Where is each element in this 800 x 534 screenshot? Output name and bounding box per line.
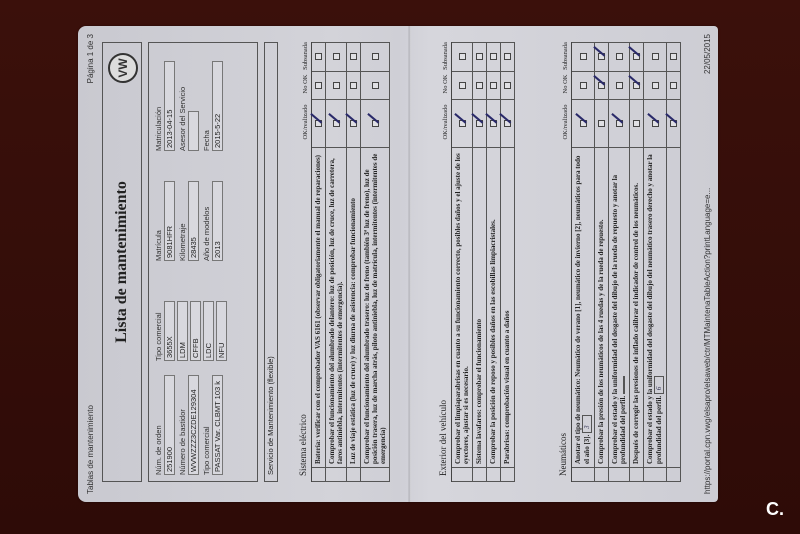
not-ok-cell [312, 71, 325, 99]
check-mark-icon [628, 75, 640, 85]
ok-cell [501, 99, 514, 147]
check-mark-icon [485, 113, 497, 123]
code-cffb: CFFB [190, 301, 201, 361]
page-number: Página 1 de 3 [86, 34, 95, 83]
checkbox[interactable] [616, 54, 623, 61]
table-row: Después de corregir las presiones de inf… [630, 42, 644, 482]
task-description: Comprobar la posición de reposo y posibl… [487, 147, 500, 467]
task-text: Luz de viaje estática (luz de cruce) y l… [349, 198, 357, 464]
info-col-4: Matriculación 2013-04-15 Asesor del Serv… [153, 61, 225, 151]
checkbox[interactable] [315, 120, 322, 127]
checkbox[interactable] [580, 82, 587, 89]
checkbox[interactable] [490, 120, 497, 127]
code-nfu: NFU [216, 301, 227, 361]
task-description: Luz de viaje estática (luz de cruce) y l… [347, 147, 360, 467]
check-mark-icon [593, 75, 605, 85]
not-ok-cell [326, 71, 346, 99]
check-mark-icon [611, 113, 623, 123]
task-text: Después de corregir las presiones de inf… [632, 183, 640, 464]
table-row: Comprobar la presión de los neumáticos d… [595, 42, 609, 482]
mileage-label: Kilometraje [177, 181, 188, 261]
task-text: Batería: verificar con el comprobador VA… [314, 155, 322, 464]
checkbox[interactable] [350, 120, 357, 127]
checkbox[interactable] [670, 54, 677, 61]
col-fixed-header: Subsanada [442, 42, 451, 70]
fixed-cell [487, 43, 500, 71]
table-row: Comprobar el funcionamiento del alumbrad… [361, 42, 390, 482]
table-row: Comprobar la posición de reposo y posibl… [487, 42, 501, 482]
order-number-label: Núm. de orden [153, 375, 164, 475]
section-electrical: Sistema eléctricoOK/realizadoNo OKSubsan… [284, 42, 390, 482]
task-description: Comprobar el estado y la uniformidad del… [644, 147, 666, 467]
vehicle-info-box: Núm. de orden 251900 Número de bastidor … [148, 42, 258, 482]
ok-cell [326, 99, 346, 147]
ok-cell [473, 99, 486, 147]
checkbox[interactable] [490, 54, 497, 61]
section-title: Neumáticos [558, 146, 571, 482]
fixed-cell [312, 43, 325, 71]
fixed-cell [452, 43, 472, 71]
fixed-cell [630, 43, 643, 71]
not-ok-cell [644, 71, 666, 99]
checkbox[interactable] [633, 82, 640, 89]
checkbox[interactable] [315, 82, 322, 89]
checkbox[interactable] [580, 120, 587, 127]
vin-value: WVWZZZ3CZDE129304 [188, 375, 199, 475]
checkbox[interactable] [490, 82, 497, 89]
fixed-cell [644, 43, 666, 71]
ok-cell [487, 99, 500, 147]
task-description: Parabrisas: comprobación visual en cuant… [501, 147, 514, 467]
row-number-cell [501, 467, 514, 481]
registration-label: Matriculación [153, 61, 164, 151]
footer-url: https://portal.cpn.vwg/elsapro/elsaweb/c… [703, 188, 712, 494]
task-text: Comprobar el funcionamiento del alumbrad… [328, 158, 344, 464]
checkbox[interactable] [616, 82, 623, 89]
table-row: Anotar el tipo de neumático: Neumático d… [572, 42, 595, 482]
table-row: Luz de viaje estática (luz de cruce) y l… [347, 42, 361, 482]
code-ldm: LDM [177, 301, 188, 361]
section-header: Exterior del vehículoOK/realizadoNo OKSu… [424, 42, 452, 482]
entry-field[interactable] [623, 376, 625, 394]
service-type: Servicio de Mantenimiento (flexible) [264, 42, 278, 482]
row-number-cell [347, 467, 360, 481]
col-ok-header: OK/realizado [442, 98, 451, 146]
checkbox[interactable] [459, 54, 466, 61]
header-left: Tablas de mantenimiento [86, 405, 95, 494]
task-description [667, 147, 680, 467]
model-value: PASSAT Var. CLBMT 103 k [212, 375, 223, 475]
task-description: Sistema lavafaros: comprobar el funciona… [473, 147, 486, 467]
check-mark-icon [454, 113, 466, 123]
code-ldc: LDC [203, 301, 214, 361]
fixed-cell [326, 43, 346, 71]
checkbox[interactable] [598, 54, 605, 61]
check-mark-icon [499, 113, 511, 123]
date-label: Fecha [201, 61, 212, 151]
model-year-label: Año de modelos [201, 181, 212, 261]
commercial-type-label: Tipo comercial [153, 301, 164, 361]
col-fixed-header: Subsanada [302, 42, 311, 70]
ok-cell [644, 99, 666, 147]
entry-field[interactable]: 6 [654, 376, 664, 394]
checkbox[interactable] [315, 54, 322, 61]
checkbox[interactable] [350, 54, 357, 61]
ok-cell [361, 99, 389, 147]
date-value: 2015-5-22 [212, 61, 223, 151]
checkbox[interactable] [350, 82, 357, 89]
col-not-ok-header: No OK [302, 70, 311, 98]
section-title: Sistema eléctrico [298, 146, 311, 482]
mileage-value: 28435 [188, 181, 199, 261]
fixed-cell [609, 43, 629, 71]
col-ok-header: OK/realizado [302, 98, 311, 146]
check-mark-icon [665, 113, 677, 123]
checkbox[interactable] [459, 82, 466, 89]
col-ok-header: OK/realizado [562, 98, 571, 146]
row-number-cell [630, 467, 643, 481]
task-description: Anotar el tipo de neumático: Neumático d… [572, 147, 594, 467]
order-number-value: 251900 [164, 375, 175, 475]
row-number-cell [572, 467, 594, 481]
col-not-ok-header: No OK [562, 70, 571, 98]
check-mark-icon [345, 113, 357, 123]
checkbox[interactable] [670, 82, 677, 89]
plate-label: Matrícula [153, 181, 164, 261]
task-text: Comprobar la posición de reposo y posibl… [489, 219, 497, 464]
col-fixed-header: Subsanada [562, 42, 571, 70]
task-text: Comprobar el limpiaparabrisas en cuanto … [454, 153, 470, 464]
vin-label: Número de bastidor [177, 375, 188, 475]
ok-cell [452, 99, 472, 147]
not-ok-cell [487, 71, 500, 99]
row-number-cell [326, 467, 346, 481]
fixed-cell [361, 43, 389, 71]
task-description: Comprobar el estado y la uniformidad del… [609, 147, 629, 467]
row-number-cell [361, 467, 389, 481]
task-description: Batería: verificar con el comprobador VA… [312, 147, 325, 467]
checkbox[interactable] [598, 120, 605, 127]
table-row [667, 42, 681, 482]
not-ok-cell [452, 71, 472, 99]
checkbox[interactable] [652, 54, 659, 61]
checkbox[interactable] [633, 54, 640, 61]
task-text: Parabrisas: comprobación visual en cuant… [503, 311, 511, 465]
checkbox[interactable] [633, 120, 640, 127]
table-row: Comprobar el estado y la uniformidad del… [644, 42, 667, 482]
checkbox[interactable] [476, 54, 483, 61]
checkbox[interactable] [504, 120, 511, 127]
ok-cell [667, 99, 680, 147]
table-row: Sistema lavafaros: comprobar el funciona… [473, 42, 487, 482]
row-number-cell [487, 467, 500, 481]
ok-cell [312, 99, 325, 147]
fixed-cell [572, 43, 594, 71]
fixed-cell [501, 43, 514, 71]
row-number-cell [644, 467, 666, 481]
not-ok-cell [347, 71, 360, 99]
ok-cell [347, 99, 360, 147]
not-ok-cell [667, 71, 680, 99]
task-description: Comprobar el funcionamiento del alumbrad… [326, 147, 346, 467]
task-text: Sistema lavafaros: comprobar el funciona… [475, 319, 483, 464]
task-description: Comprobar el funcionamiento del alumbrad… [361, 147, 389, 467]
maintenance-sheet: Tablas de mantenimiento Página 1 de 3 Li… [78, 26, 718, 502]
checkbox[interactable] [652, 120, 659, 127]
row-number-cell [667, 467, 680, 481]
checkbox[interactable] [459, 120, 466, 127]
check-mark-icon [328, 113, 340, 123]
checkbox[interactable] [616, 120, 623, 127]
checkbox[interactable] [476, 82, 483, 89]
checkbox[interactable] [476, 120, 483, 127]
section-header: Sistema eléctricoOK/realizadoNo OKSubsan… [284, 42, 312, 482]
ok-cell [609, 99, 629, 147]
not-ok-cell [501, 71, 514, 99]
row-number-cell [312, 467, 325, 481]
page-title: Lista de mantenimiento [113, 181, 131, 343]
not-ok-cell [595, 71, 608, 99]
not-ok-cell [361, 71, 389, 99]
section-exterior: Exterior del vehículoOK/realizadoNo OKSu… [424, 42, 515, 482]
fixed-cell [595, 43, 608, 71]
checkbox[interactable] [333, 120, 340, 127]
row-number-cell [595, 467, 608, 481]
not-ok-cell [630, 71, 643, 99]
checkbox[interactable] [333, 82, 340, 89]
check-mark-icon [367, 113, 379, 123]
table-row: Parabrisas: comprobación visual en cuant… [501, 42, 515, 482]
title-box: Lista de mantenimiento VW [102, 42, 142, 482]
checkbox[interactable] [372, 82, 379, 89]
check-mark-icon [593, 47, 605, 57]
model-label: Tipo comercial [201, 375, 212, 475]
table-row: Comprobar el limpiaparabrisas en cuanto … [452, 42, 473, 482]
advisor-value [188, 111, 199, 151]
ok-cell [595, 99, 608, 147]
not-ok-cell [609, 71, 629, 99]
commercial-type-value: 3655X [164, 301, 175, 361]
photo-mark: C. [766, 499, 784, 520]
check-mark-icon [471, 113, 483, 123]
not-ok-cell [473, 71, 486, 99]
task-description: Comprobar el limpiaparabrisas en cuanto … [452, 147, 472, 467]
check-mark-icon [647, 113, 659, 123]
col-not-ok-header: No OK [442, 70, 451, 98]
model-year-value: 2013 [212, 181, 223, 261]
checkbox[interactable] [333, 54, 340, 61]
entry-field[interactable]: 3 [582, 415, 592, 433]
task-description: Comprobar la presión de los neumáticos d… [595, 147, 608, 467]
check-mark-icon [628, 47, 640, 57]
check-mark-icon [575, 113, 587, 123]
info-col-3: Matrícula 9081HFR Kilometraje 28435 Año … [153, 181, 225, 261]
section-title: Exterior del vehículo [438, 146, 451, 482]
registration-value: 2013-04-15 [164, 61, 175, 151]
checkbox[interactable] [652, 82, 659, 89]
section-header: NeumáticosOK/realizadoNo OKSubsanada [544, 42, 572, 482]
task-description: Después de corregir las presiones de inf… [630, 147, 643, 467]
table-row: Batería: verificar con el comprobador VA… [312, 42, 326, 482]
table-row: Comprobar el funcionamiento del alumbrad… [326, 42, 347, 482]
plate-value: 9081HFR [164, 181, 175, 261]
info-col-2: Tipo comercial 3655X LDM CFFB LDC NFU [153, 301, 229, 361]
checkbox[interactable] [372, 54, 379, 61]
table-row: Comprobar el estado y la uniformidad del… [609, 42, 630, 482]
fixed-cell [347, 43, 360, 71]
ok-cell [630, 99, 643, 147]
ok-cell [572, 99, 594, 147]
task-text: Comprobar el estado y la uniformidad del… [611, 175, 627, 464]
task-text: Comprobar el estado y la uniformidad del… [646, 154, 663, 464]
checkbox[interactable] [504, 54, 511, 61]
footer-date: 22/05/2015 [703, 34, 712, 74]
vw-logo-icon: VW [108, 53, 138, 83]
task-text: Comprobar el funcionamiento del alumbrad… [363, 154, 387, 464]
checkbox[interactable] [670, 120, 677, 127]
task-text: Comprobar la presión de los neumáticos d… [597, 220, 605, 465]
checkbox[interactable] [580, 54, 587, 61]
rotated-page: Tablas de mantenimiento Página 1 de 3 Li… [78, 26, 718, 502]
row-number-cell [609, 467, 629, 481]
checkbox[interactable] [372, 120, 379, 127]
row-number-cell [452, 467, 472, 481]
section-tyres: NeumáticosOK/realizadoNo OKSubsanadaAnot… [544, 42, 681, 482]
fixed-cell [473, 43, 486, 71]
info-col-1: Núm. de orden 251900 Número de bastidor … [153, 375, 225, 475]
checkbox[interactable] [504, 82, 511, 89]
checkbox[interactable] [598, 82, 605, 89]
advisor-label: Asesor del Servicio [177, 61, 188, 151]
fixed-cell [667, 43, 680, 71]
check-mark-icon [310, 113, 322, 123]
row-number-cell [473, 467, 486, 481]
not-ok-cell [572, 71, 594, 99]
